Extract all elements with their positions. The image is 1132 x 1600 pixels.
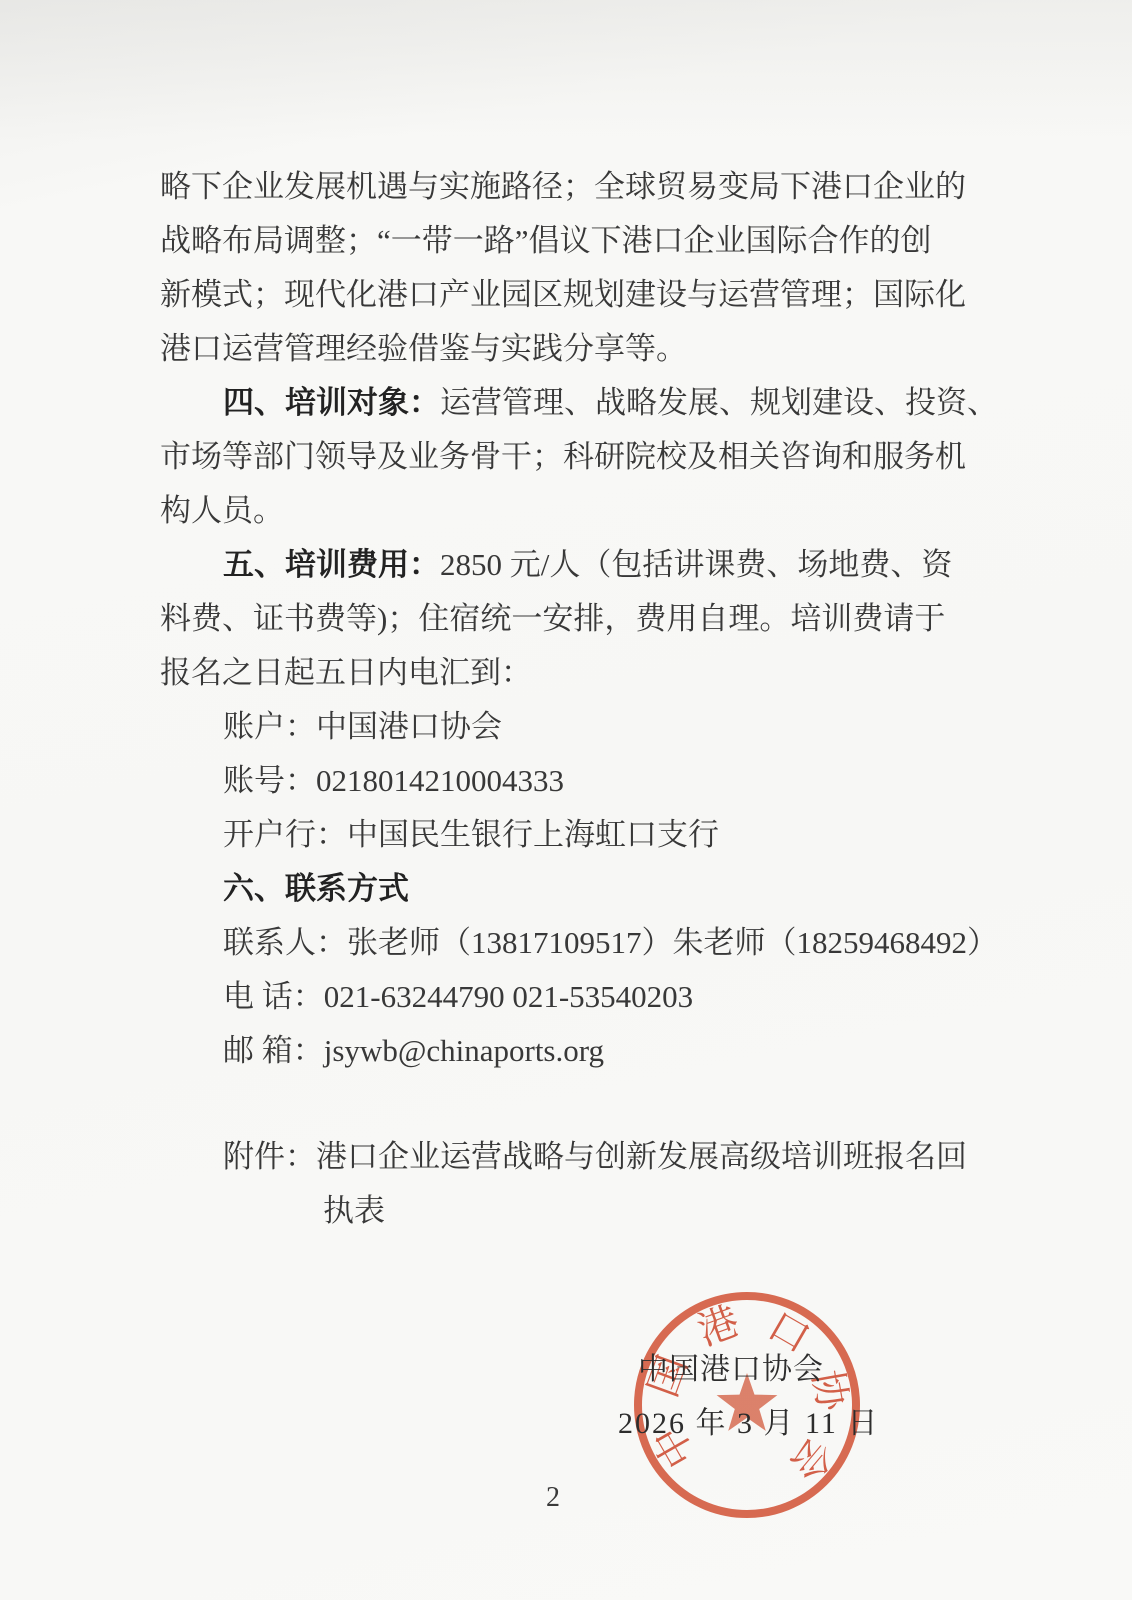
contact-phone-line: 电 话：021-63244790 021-53540203 (160, 970, 1005, 1024)
line-text: 构人员。 (160, 493, 284, 528)
page-number: 2 (546, 1482, 560, 1514)
body-line: 六、联系方式 (160, 862, 1005, 916)
section-heading-training-fee: 五、培训费用： (223, 547, 440, 582)
line-text: 报名之日起五日内电汇到： (160, 655, 532, 690)
signature-org-name: 中国港口协会 (638, 1352, 824, 1388)
line-text: 港口运营管理经验借鉴与实践分享等。 (160, 331, 687, 366)
line-text: 附件：港口企业运营战略与创新发展高级培训班报名回 (223, 1139, 967, 1174)
body-line: 五、培训费用：2850 元/人（包括讲课费、场地费、资 (160, 538, 1005, 592)
line-text: 战略布局调整；“一带一路”倡议下港口企业国际合作的创 (160, 223, 932, 258)
line-text: 市场等部门领导及业务骨干；科研院校及相关咨询和服务机 (160, 439, 966, 474)
body-line: 战略布局调整；“一带一路”倡议下港口企业国际合作的创 (160, 214, 1005, 268)
line-text: 略下企业发展机遇与实施路径；全球贸易变局下港口企业的 (160, 169, 966, 204)
line-text: 执表 (323, 1193, 385, 1228)
body-line: 四、培训对象：运营管理、战略发展、规划建设、投资、 (160, 376, 1005, 430)
scanned-document-page: 略下企业发展机遇与实施路径；全球贸易变局下港口企业的 战略布局调整；“一带一路”… (0, 0, 1132, 1600)
contact-persons-line: 联系人：张老师（13817109517）朱老师（18259468492） (160, 916, 1005, 970)
line-text: 电 话：021-63244790 021-53540203 (223, 979, 693, 1014)
line-text: 联系人：张老师（13817109517）朱老师（18259468492） (223, 925, 998, 960)
line-text: 运营管理、战略发展、规划建设、投资、 (440, 385, 998, 420)
official-seal: 中 国 港 口 协 会 (622, 1280, 872, 1530)
body-line: 略下企业发展机遇与实施路径；全球贸易变局下港口企业的 (160, 160, 1005, 214)
document-body: 略下企业发展机遇与实施路径；全球贸易变局下港口企业的 战略布局调整；“一带一路”… (160, 160, 1005, 1238)
section-heading-training-target: 四、培训对象： (223, 385, 440, 420)
line-text: 2850 元/人（包括讲课费、场地费、资 (440, 547, 952, 582)
bank-account-number-line: 账号：0218014210004333 (160, 754, 1005, 808)
contact-email-line: 邮 箱：jsywb@chinaports.org (160, 1024, 1005, 1078)
line-text: 账户：中国港口协会 (223, 709, 502, 744)
body-line: 港口运营管理经验借鉴与实践分享等。 (160, 322, 1005, 376)
bank-account-name-line: 账户：中国港口协会 (160, 700, 1005, 754)
signature-date: 2026 年 3 月 11 日 (618, 1406, 879, 1442)
body-line: 构人员。 (160, 484, 1005, 538)
line-text: 邮 箱：jsywb@chinaports.org (223, 1033, 604, 1068)
bank-branch-line: 开户行：中国民生银行上海虹口支行 (160, 808, 1005, 862)
section-heading-contact: 六、联系方式 (223, 871, 409, 906)
attachment-line-continued: 执表 (160, 1184, 1005, 1238)
line-text: 账号：0218014210004333 (223, 763, 564, 798)
line-text: 开户行：中国民生银行上海虹口支行 (223, 817, 719, 852)
body-line: 料费、证书费等)；住宿统一安排，费用自理。培训费请于 (160, 592, 1005, 646)
attachment-line: 附件：港口企业运营战略与创新发展高级培训班报名回 (160, 1130, 1005, 1184)
line-text: 新模式；现代化港口产业园区规划建设与运营管理；国际化 (160, 277, 966, 312)
line-text: 料费、证书费等)；住宿统一安排，费用自理。培训费请于 (160, 601, 945, 636)
body-line: 报名之日起五日内电汇到： (160, 646, 1005, 700)
body-line: 市场等部门领导及业务骨干；科研院校及相关咨询和服务机 (160, 430, 1005, 484)
body-line: 新模式；现代化港口产业园区规划建设与运营管理；国际化 (160, 268, 1005, 322)
